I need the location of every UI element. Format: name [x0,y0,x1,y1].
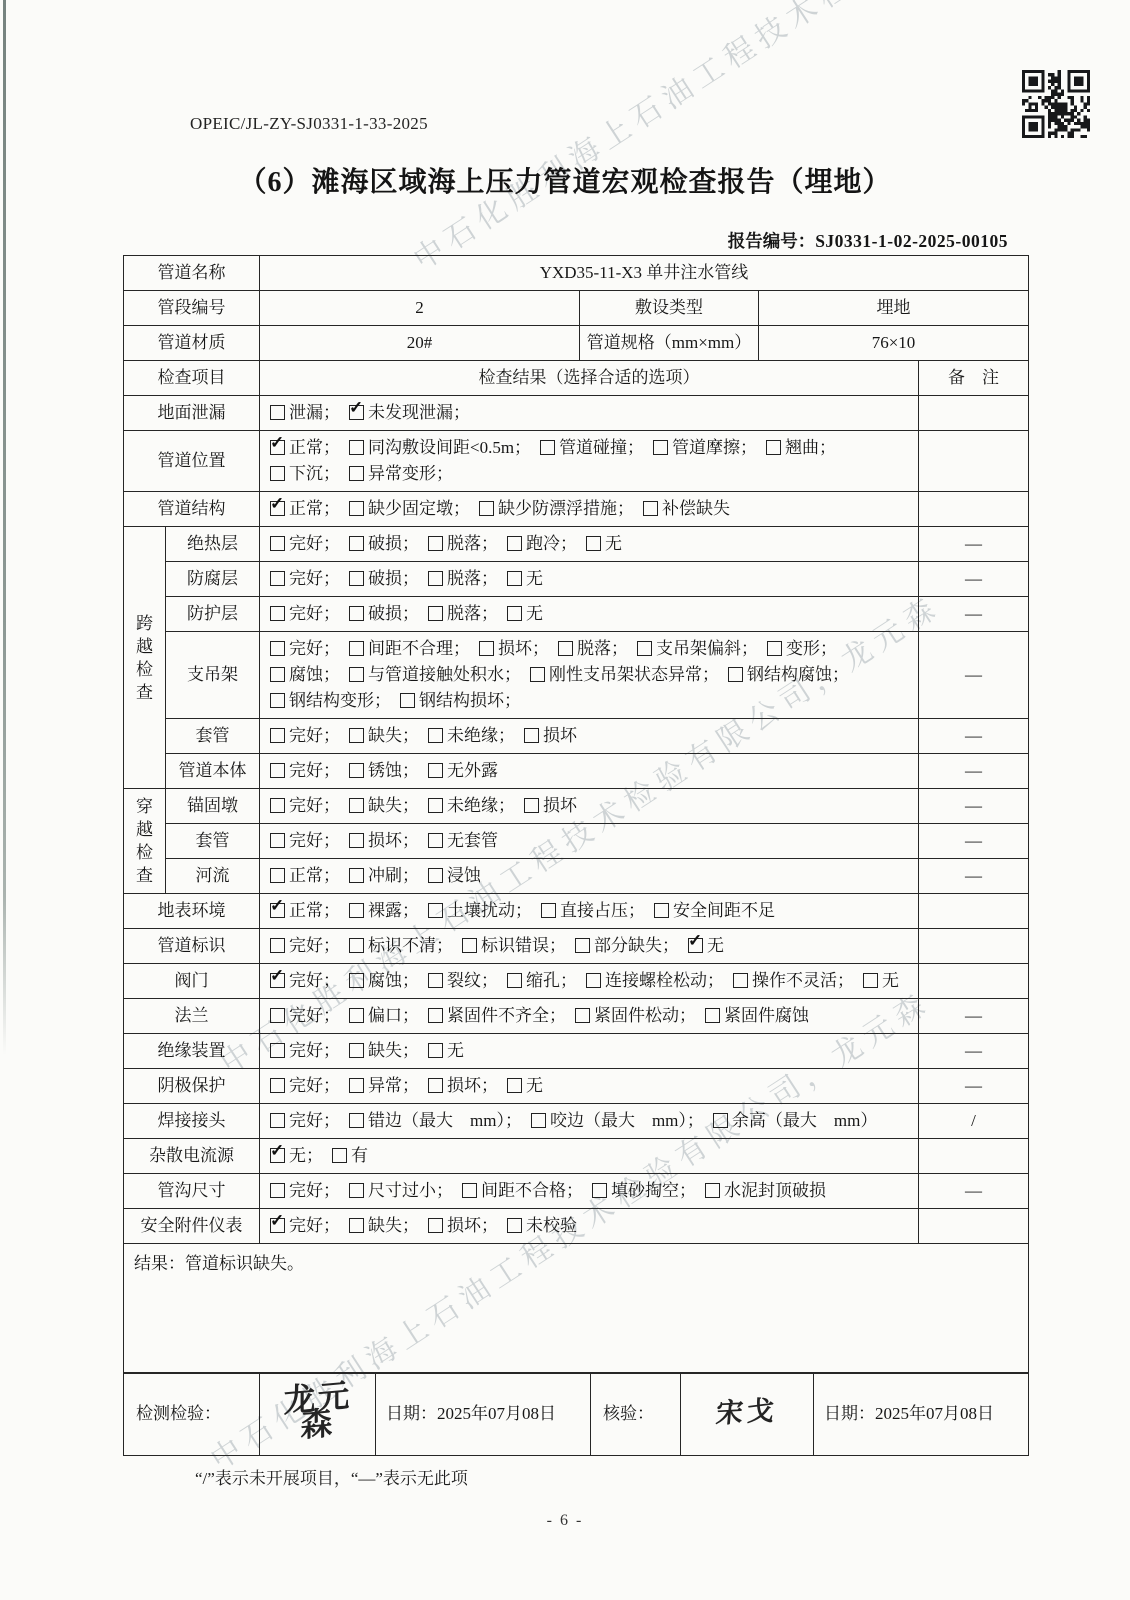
option: 完好； [270,1216,340,1235]
checkbox-icon [349,833,364,848]
option: 填砂掏空； [592,1181,696,1200]
checkbox-icon [349,466,364,481]
result-text: 结果：管道标识缺失。 [124,1244,1029,1374]
option: 未发现泄漏； [349,403,470,422]
option: 钢结构变形； [270,691,391,710]
checkbox-icon [349,903,364,918]
options-cell: 完好；破损；脱落；无 [260,597,919,632]
remark-cell: — [919,1069,1029,1104]
checkbox-icon [270,1043,285,1058]
options-cell: 完好；腐蚀；裂纹；缩孔；连接螺栓松动；操作不灵活；无 [260,964,919,999]
verifier-signature: 宋戈 [715,1398,779,1427]
option: 管道摩擦； [653,438,757,457]
option: 刚性支吊架状态异常； [530,665,719,684]
checkbox-icon [349,641,364,656]
table-row: 管沟尺寸完好；尺寸过小；间距不合格；填砂掏空；水泥封顶破损— [124,1174,1029,1209]
checkbox-icon [558,641,573,656]
option: 脱落； [558,639,628,658]
checkbox-icon [586,973,601,988]
option: 紧固件腐蚀 [705,1006,809,1025]
option: 无 [507,569,543,588]
option: 无 [586,534,622,553]
table-row: 焊接接头完好；错边（最大 mm）；咬边（最大 mm）；余高（最大 mm）/ [124,1104,1029,1139]
checkbox-icon [270,466,285,481]
checkbox-icon [349,1043,364,1058]
checkbox-icon [643,501,658,516]
option: 未校验 [507,1216,577,1235]
checkbox-icon [586,536,601,551]
options-cell: 泄漏；未发现泄漏； [260,396,919,431]
date-label: 日期： [824,1404,875,1423]
options-cell: 完好；偏口；紧固件不齐全；紧固件松动；紧固件腐蚀 [260,999,919,1034]
checkbox-checked-icon [270,440,285,455]
remark-cell: — [919,859,1029,894]
checkbox-checked-icon [270,1148,285,1163]
checkbox-icon [349,938,364,953]
table-row: 法兰完好；偏口；紧固件不齐全；紧固件松动；紧固件腐蚀— [124,999,1029,1034]
table-row: 安全附件仪表完好；缺失；损坏；未校验 [124,1209,1029,1244]
date-label: 日期： [386,1404,437,1423]
option: 损坏 [524,796,577,815]
inspector-signature: 龙元森 [268,1381,367,1442]
checkbox-icon [428,1008,443,1023]
remark-cell: / [919,1104,1029,1139]
option: 无 [428,1041,464,1060]
field-label: 管道名称 [124,256,260,291]
option: 补偿缺失 [643,499,730,518]
options-cell: 完好；破损；脱落；跑冷；无 [260,527,919,562]
checkbox-icon [270,606,285,621]
checkbox-icon [479,501,494,516]
main-table-body: 管道名称YXD35-11-X3 单井注水管线管段编号2敷设类型埋地管道材质20#… [124,256,1029,1374]
checkbox-checked-icon [270,501,285,516]
option: 损坏； [349,831,419,850]
verify-date-cell: 日期：2025年07月08日 [814,1373,1029,1456]
checkbox-icon [349,667,364,682]
option: 锈蚀； [349,761,419,780]
checkbox-icon [349,536,364,551]
item-label: 管道本体 [166,754,260,789]
checkbox-icon [531,1113,546,1128]
option: 完好； [270,1006,340,1025]
checkbox-icon [270,641,285,656]
option: 支吊架偏斜； [637,639,758,658]
option: 完好； [270,604,340,623]
table-row: 管道结构正常；缺少固定墩；缺少防漂浮措施；补偿缺失 [124,492,1029,527]
option: 完好； [270,1041,340,1060]
checkbox-checked-icon [349,405,364,420]
option: 钢结构损坏； [400,691,521,710]
checkbox-icon [507,571,522,586]
option: 异常； [349,1076,419,1095]
checkbox-icon [428,903,443,918]
checkbox-icon [540,440,555,455]
checkbox-icon [654,903,669,918]
option: 裸露； [349,901,419,920]
checkbox-icon [270,938,285,953]
checkbox-checked-icon [270,1218,285,1233]
options-cell: 完好；缺失；未绝缘；损坏 [260,789,919,824]
checkbox-icon [270,1113,285,1128]
option: 完好； [270,1111,340,1130]
option: 咬边（最大 mm）； [531,1111,704,1130]
checkbox-icon [507,973,522,988]
checkbox-icon [428,536,443,551]
table-row: 套管完好；损坏；无套管— [124,824,1029,859]
item-label: 绝缘装置 [124,1034,260,1069]
remark-cell [919,964,1029,999]
info-row: 检查项目检查结果（选择合适的选项）备 注 [124,361,1029,396]
option: 损坏 [524,726,577,745]
table-row: 杂散电流源无；有 [124,1139,1029,1174]
checkbox-icon [270,693,285,708]
table-row: 河流正常；冲刷；浸蚀— [124,859,1029,894]
options-cell: 无；有 [260,1139,919,1174]
checkbox-icon [428,1218,443,1233]
option: 完好； [270,1076,340,1095]
option: 标识不清； [349,936,453,955]
field-value: YXD35-11-X3 单井注水管线 [260,256,1029,291]
checkbox-icon [733,973,748,988]
options-cell: 完好；缺失；未绝缘；损坏 [260,719,919,754]
table-row: 阀门完好；腐蚀；裂纹；缩孔；连接螺栓松动；操作不灵活；无 [124,964,1029,999]
remark-cell [919,1139,1029,1174]
checkbox-icon [713,1113,728,1128]
option: 连接螺栓松动； [586,971,724,990]
checkbox-icon [428,798,443,813]
option: 未绝缘； [428,796,515,815]
inspector-signature-cell: 龙元森 [260,1373,376,1456]
result-row: 结果：管道标识缺失。 [124,1244,1029,1374]
checkbox-icon [507,1078,522,1093]
table-row: 地面泄漏泄漏；未发现泄漏； [124,396,1029,431]
group-label: 跨越检查 [124,527,166,789]
option: 无 [688,936,724,955]
remark-cell: — [919,562,1029,597]
checkbox-icon [479,641,494,656]
table-row: 防腐层完好；破损；脱落；无— [124,562,1029,597]
item-label: 河流 [166,859,260,894]
remark-cell: — [919,719,1029,754]
qr-code-icon [1022,70,1090,138]
checkbox-icon [270,833,285,848]
checkbox-icon [349,1008,364,1023]
option: 无 [863,971,899,990]
option: 缺少固定墩； [349,499,470,518]
checkbox-icon [428,868,443,883]
inspector-label: 检测检验： [124,1373,260,1456]
checkbox-checked-icon [270,973,285,988]
options-cell: 正常；冲刷；浸蚀 [260,859,919,894]
item-label: 地面泄漏 [124,396,260,431]
checkbox-icon [349,728,364,743]
field-label: 敷设类型 [580,291,759,326]
item-label: 阀门 [124,964,260,999]
option: 安全间距不足 [654,901,775,920]
options-cell: 完好；标识不清；标识错误；部分缺失；无 [260,929,919,964]
checkbox-icon [428,763,443,778]
option: 紧固件松动； [575,1006,696,1025]
group-label: 穿越检查 [124,789,166,894]
option: 完好； [270,569,340,588]
option: 裂纹； [428,971,498,990]
item-label: 防腐层 [166,562,260,597]
verifier-label: 核验： [591,1373,681,1456]
checkbox-icon [349,973,364,988]
option: 正常； [270,901,340,920]
option: 无 [507,1076,543,1095]
option: 完好； [270,761,340,780]
checkbox-icon [428,571,443,586]
remark-cell [919,929,1029,964]
options-cell: 完好；锈蚀；无外露 [260,754,919,789]
option: 完好； [270,639,340,658]
checkbox-icon [270,1078,285,1093]
option: 下沉； [270,464,340,483]
column-header: 检查项目 [124,361,260,396]
field-value: 埋地 [759,291,1029,326]
option: 冲刷； [349,866,419,885]
option: 缺少防漂浮措施； [479,499,634,518]
remark-cell: — [919,754,1029,789]
options-cell: 完好；错边（最大 mm）；咬边（最大 mm）；余高（最大 mm） [260,1104,919,1139]
option: 脱落； [428,569,498,588]
signoff-table: 检测检验： 龙元森 日期：2025年07月08日 核验： 宋戈 日期：2025年… [123,1372,1029,1456]
option: 未绝缘； [428,726,515,745]
option: 土壤扰动； [428,901,532,920]
checkbox-icon [428,1078,443,1093]
checkbox-icon [349,1183,364,1198]
checkbox-icon [270,798,285,813]
option: 破损； [349,569,419,588]
options-cell: 完好；间距不合理；损坏；脱落；支吊架偏斜；变形；腐蚀；与管道接触处积水；刚性支吊… [260,632,919,719]
checkbox-icon [462,938,477,953]
field-label: 管道规格（mm×mm） [580,326,759,361]
option: 浸蚀 [428,866,481,885]
option: 损坏； [428,1076,498,1095]
checkbox-icon [428,606,443,621]
document-code: OPEIC/JL-ZY-SJ0331-1-33-2025 [190,114,428,134]
checkbox-icon [270,1008,285,1023]
checkbox-icon [428,1043,443,1058]
remark-cell: — [919,527,1029,562]
option: 正常； [270,499,340,518]
checkbox-icon [428,833,443,848]
option: 无 [507,604,543,623]
options-cell: 完好；破损；脱落；无 [260,562,919,597]
option: 缺失； [349,796,419,815]
remark-cell [919,396,1029,431]
column-header-remark: 备 注 [919,361,1029,396]
checkbox-icon [332,1148,347,1163]
checkbox-icon [507,606,522,621]
column-header: 检查结果（选择合适的选项） [260,361,919,396]
remark-cell: — [919,789,1029,824]
options-cell: 正常；同沟敷设间距<0.5m；管道碰撞；管道摩擦；翘曲；下沉；异常变形； [260,431,919,492]
option: 翘曲； [766,438,836,457]
option: 紧固件不齐全； [428,1006,566,1025]
option: 余高（最大 mm） [713,1111,877,1130]
checkbox-icon [349,868,364,883]
checkbox-icon [705,1183,720,1198]
remark-cell: — [919,1174,1029,1209]
option: 间距不合格； [462,1181,583,1200]
option: 无套管 [428,831,498,850]
table-row: 管道位置正常；同沟敷设间距<0.5m；管道碰撞；管道摩擦；翘曲；下沉；异常变形； [124,431,1029,492]
option: 缺失； [349,1041,419,1060]
item-label: 套管 [166,719,260,754]
table-row: 支吊架完好；间距不合理；损坏；脱落；支吊架偏斜；变形；腐蚀；与管道接触处积水；刚… [124,632,1029,719]
item-label: 焊接接头 [124,1104,260,1139]
option: 管道碰撞； [540,438,644,457]
item-label: 法兰 [124,999,260,1034]
option: 部分缺失； [575,936,679,955]
option: 钢结构腐蚀； [728,665,849,684]
checkbox-checked-icon [270,903,285,918]
item-label: 管道结构 [124,492,260,527]
checkbox-checked-icon [688,938,703,953]
item-label: 绝热层 [166,527,260,562]
table-row: 防护层完好；破损；脱落；无— [124,597,1029,632]
options-cell: 正常；裸露；土壤扰动；直接占压；安全间距不足 [260,894,919,929]
remark-cell [919,431,1029,492]
remark-cell: — [919,1034,1029,1069]
report-number-value: SJ0331-1-02-2025-00105 [815,231,1008,251]
option: 完好； [270,936,340,955]
option: 同沟敷设间距<0.5m； [349,438,531,457]
option: 完好； [270,1181,340,1200]
remark-cell: — [919,824,1029,859]
item-label: 防护层 [166,597,260,632]
inspection-table: 管道名称YXD35-11-X3 单井注水管线管段编号2敷设类型埋地管道材质20#… [123,255,1029,1374]
checkbox-icon [705,1008,720,1023]
table-row: 管道本体完好；锈蚀；无外露— [124,754,1029,789]
checkbox-icon [400,693,415,708]
option: 变形； [767,639,837,658]
option: 腐蚀； [270,665,340,684]
option: 与管道接触处积水； [349,665,521,684]
option: 标识错误； [462,936,566,955]
field-value: 20# [260,326,580,361]
option: 缺失； [349,726,419,745]
option: 完好； [270,726,340,745]
checkbox-icon [462,1183,477,1198]
option: 间距不合理； [349,639,470,658]
item-label: 阴极保护 [124,1069,260,1104]
option: 尺寸过小； [349,1181,453,1200]
checkbox-icon [507,536,522,551]
page-number: - 6 - [0,1512,1130,1530]
scanned-report-page: 中石化胜利海上石油工程技术检验有限公司，龙元森 中石化胜利海上石油工程技术检验有… [0,0,1130,1600]
inspection-date: 2025年07月08日 [437,1404,556,1423]
field-label: 管段编号 [124,291,260,326]
table-row: 穿越检查锚固墩完好；缺失；未绝缘；损坏— [124,789,1029,824]
scan-edge-artifact [3,0,6,1055]
checkbox-icon [592,1183,607,1198]
checkbox-icon [575,938,590,953]
checkbox-icon [428,728,443,743]
remark-cell [919,1209,1029,1244]
checkbox-icon [530,667,545,682]
options-cell: 完好；尺寸过小；间距不合格；填砂掏空；水泥封顶破损 [260,1174,919,1209]
checkbox-icon [349,1078,364,1093]
options-cell: 完好；损坏；无套管 [260,824,919,859]
checkbox-icon [766,440,781,455]
checkbox-icon [349,501,364,516]
table-row: 阴极保护完好；异常；损坏；无— [124,1069,1029,1104]
option: 操作不灵活； [733,971,854,990]
table-row: 跨越检查绝热层完好；破损；脱落；跑冷；无— [124,527,1029,562]
option: 错边（最大 mm）； [349,1111,522,1130]
info-row: 管段编号2敷设类型埋地 [124,291,1029,326]
option: 腐蚀； [349,971,419,990]
option: 正常； [270,866,340,885]
checkbox-icon [728,667,743,682]
checkbox-icon [524,798,539,813]
checkbox-icon [270,728,285,743]
option: 无外露 [428,761,498,780]
option: 异常变形； [349,464,453,483]
option: 缩孔； [507,971,577,990]
field-value: 2 [260,291,580,326]
checkbox-icon [349,798,364,813]
option: 完好； [270,796,340,815]
checkbox-icon [653,440,668,455]
option: 水泥封顶破损 [705,1181,826,1200]
checkbox-icon [270,536,285,551]
item-label: 锚固墩 [166,789,260,824]
checkbox-icon [428,973,443,988]
report-number-label: 报告编号： [728,231,816,251]
option: 偏口； [349,1006,419,1025]
option: 缺失； [349,1216,419,1235]
remark-cell: — [919,597,1029,632]
checkbox-icon [507,1218,522,1233]
remark-cell [919,492,1029,527]
option: 完好； [270,534,340,553]
item-label: 管道位置 [124,431,260,492]
option: 完好； [270,971,340,990]
option: 损坏； [428,1216,498,1235]
table-row: 地表环境正常；裸露；土壤扰动；直接占压；安全间距不足 [124,894,1029,929]
option: 脱落； [428,534,498,553]
item-label: 安全附件仪表 [124,1209,260,1244]
item-label: 管沟尺寸 [124,1174,260,1209]
option: 无； [270,1146,323,1165]
checkbox-icon [524,728,539,743]
item-label: 支吊架 [166,632,260,719]
remark-cell: — [919,632,1029,719]
checkbox-icon [270,571,285,586]
checkbox-icon [863,973,878,988]
option: 有 [332,1146,368,1165]
options-cell: 完好；缺失；损坏；未校验 [260,1209,919,1244]
item-label: 地表环境 [124,894,260,929]
options-cell: 正常；缺少固定墩；缺少防漂浮措施；补偿缺失 [260,492,919,527]
remark-cell: — [919,999,1029,1034]
option: 泄漏； [270,403,340,422]
checkbox-icon [541,903,556,918]
item-label: 套管 [166,824,260,859]
checkbox-icon [349,571,364,586]
checkbox-icon [349,1218,364,1233]
remark-cell [919,894,1029,929]
option: 损坏； [479,639,549,658]
field-label: 管道材质 [124,326,260,361]
option: 直接占压； [541,901,645,920]
page-title: （6）滩海区域海上压力管道宏观检查报告（埋地） [0,160,1130,200]
table-row: 绝缘装置完好；缺失；无— [124,1034,1029,1069]
